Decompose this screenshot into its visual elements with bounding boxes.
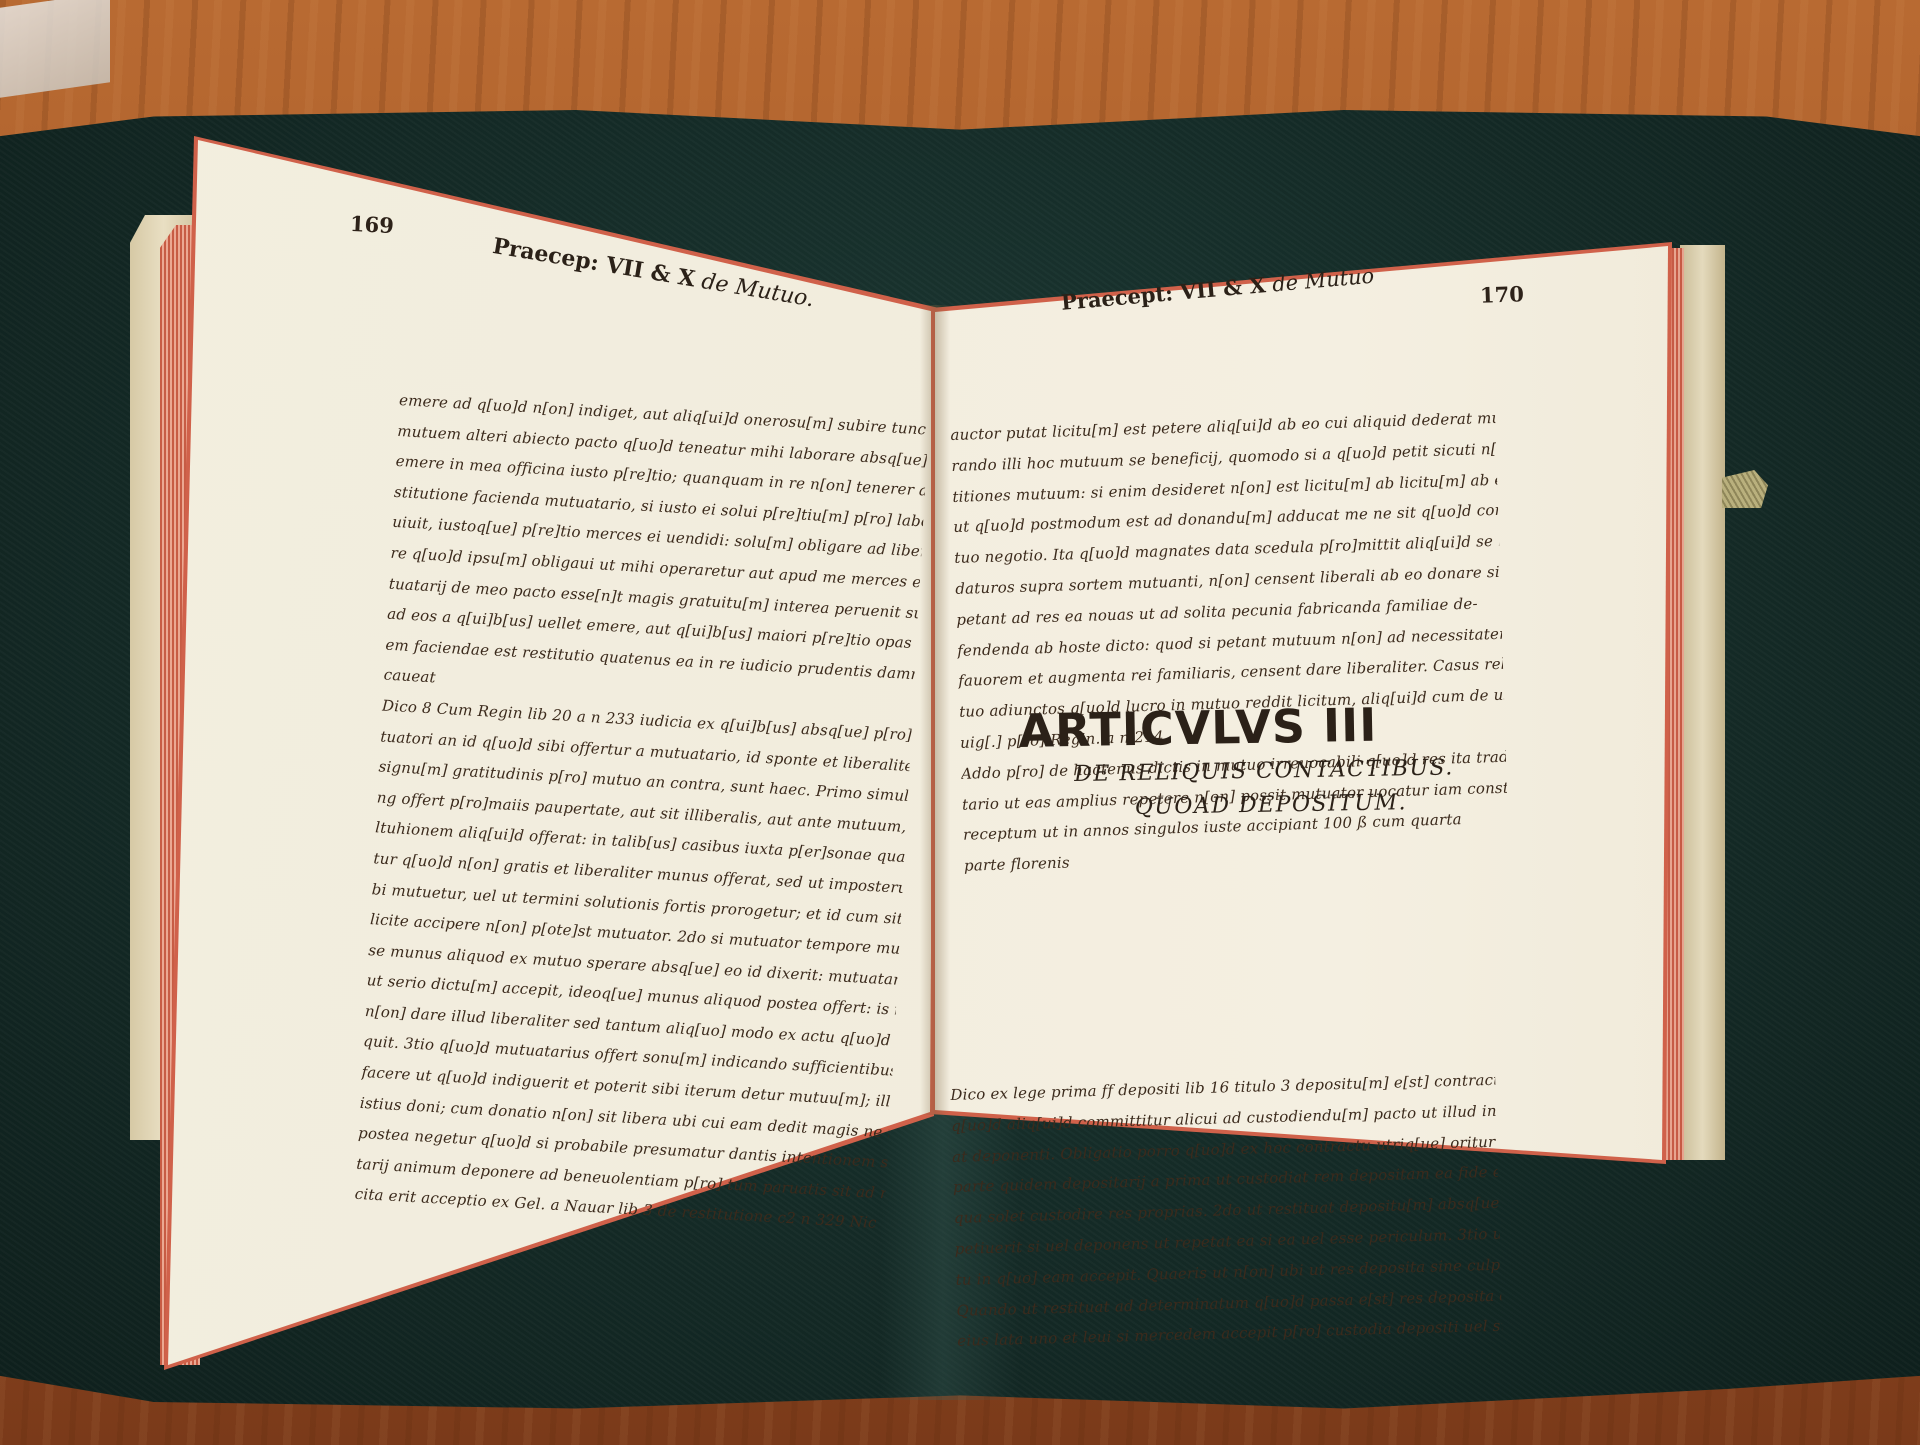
article-subtitle-2: Quoad depositum. (1135, 785, 1455, 825)
folio-number-right: 170 (1480, 281, 1525, 308)
paper-slip (0, 0, 110, 98)
vellum-cover-right (1680, 245, 1725, 1160)
article-heading: ARTICVLVS III De reliquis contactibus. Q… (1018, 695, 1455, 827)
folio-number-left: 169 (349, 211, 394, 238)
left-page-text: emere ad q[uo]d n[on] indiget, aut aliq[… (354, 385, 929, 1239)
right-page-text-bottom: Dico ex lege prima ff depositi lib 16 ti… (950, 1065, 1503, 1357)
article-title: ARTICVLVS III (1018, 695, 1454, 759)
